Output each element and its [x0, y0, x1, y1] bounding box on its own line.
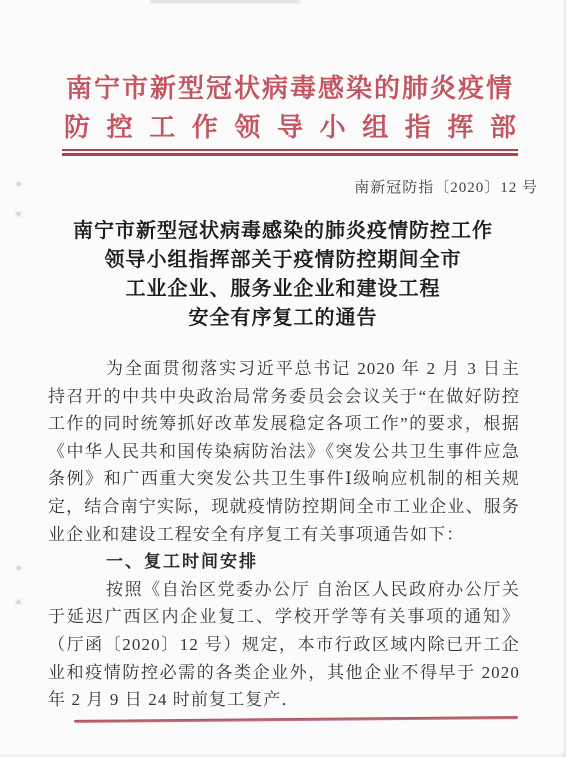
scan-speck	[16, 182, 21, 186]
scan-speck	[16, 212, 21, 216]
scan-edge-smudge	[150, 0, 300, 3]
notice-title-line-1: 南宁市新型冠状病毒感染的肺炎疫情防控工作	[28, 217, 538, 246]
scan-edge-right	[562, 0, 566, 757]
body-paragraph-2: 按照《自治区党委办公厅 自治区人民政府办公厅关于延迟广西区内企业复工、学校开学等…	[48, 576, 520, 714]
document-page: 南宁市新型冠状病毒感染的肺炎疫情 防控工作领导小组指挥部 南新冠防指〔2020〕…	[0, 0, 566, 757]
notice-body: 为全面贯彻落实习近平总书记 2020 年 2 月 3 日主持召开的中共中央政治局…	[48, 355, 520, 714]
scan-speck	[16, 600, 21, 604]
notice-title-line-4: 安全有序复工的通告	[28, 304, 538, 333]
org-name-line-1: 南宁市新型冠状病毒感染的肺炎疫情	[64, 70, 516, 108]
letterhead-org-name: 南宁市新型冠状病毒感染的肺炎疫情 防控工作领导小组指挥部	[64, 70, 516, 148]
notice-title: 南宁市新型冠状病毒感染的肺炎疫情防控工作 领导小组指挥部关于疫情防控期间全市 工…	[28, 217, 538, 333]
notice-title-line-2: 领导小组指挥部关于疫情防控期间全市	[28, 246, 538, 275]
scan-speck	[16, 566, 21, 570]
section-1-heading: 一、复工时间安排	[48, 548, 520, 576]
org-name-line-2: 防控工作领导小组指挥部	[64, 108, 516, 148]
scan-edge-bottom	[0, 752, 566, 757]
notice-title-line-3: 工业企业、服务业企业和建设工程	[28, 275, 538, 304]
body-paragraph-1: 为全面贯彻落实习近平总书记 2020 年 2 月 3 日主持召开的中共中央政治局…	[48, 355, 520, 548]
letterhead-double-rule	[62, 149, 518, 156]
footer-red-rule	[74, 716, 518, 723]
document-number: 南新冠防指〔2020〕12 号	[354, 176, 538, 197]
